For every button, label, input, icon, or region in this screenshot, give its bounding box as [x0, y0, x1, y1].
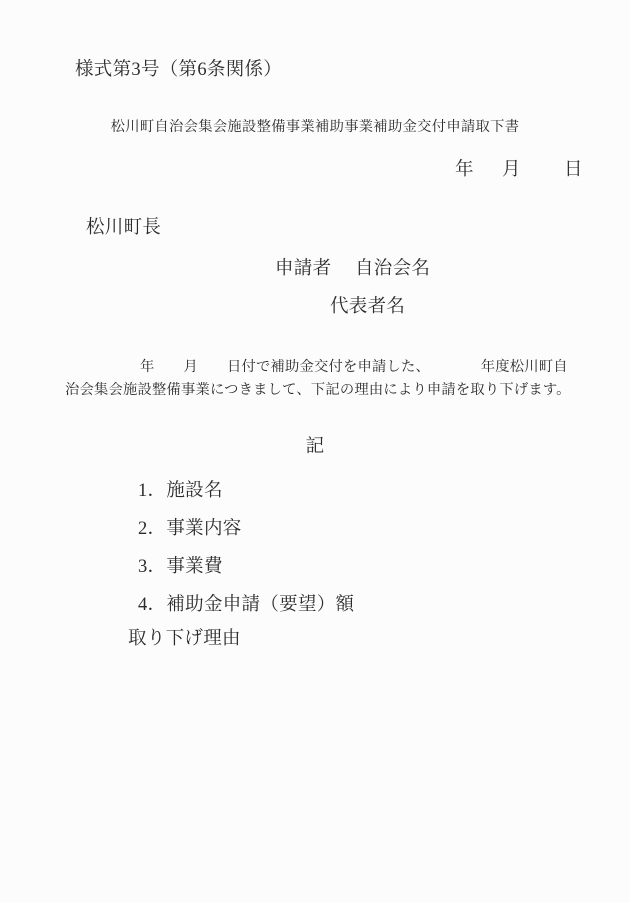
- date-month-label: 月: [502, 160, 521, 180]
- list-item-project-description: 2．事業内容: [138, 519, 242, 539]
- list-item-facility-name: 1．施設名: [138, 481, 223, 501]
- body-paragraph: 年 月 日付で補助金交付を申請した、 年度松川町自 治会集会施設整備事業につきま…: [65, 356, 583, 401]
- addressee: 松川町長: [86, 218, 161, 238]
- association-name-label: 自治会名: [355, 259, 430, 279]
- date-year-label: 年: [455, 160, 474, 180]
- body-line-2: 治会集会施設整備事業につきまして、下記の理由により申請を取り下げます。: [65, 379, 583, 402]
- withdrawal-reason-label: 取り下げ理由: [128, 629, 241, 649]
- document-title: 松川町自治会集会施設整備事業補助事業補助金交付申請取下書: [0, 120, 630, 136]
- representative-name-label: 代表者名: [330, 297, 405, 317]
- document-page: 様式第3号（第6条関係） 松川町自治会集会施設整備事業補助事業補助金交付申請取下…: [0, 0, 630, 903]
- date-day-label: 日: [564, 160, 583, 180]
- applicant-label: 申請者: [275, 259, 331, 279]
- section-marker: 記: [0, 437, 630, 457]
- list-item-project-cost: 3．事業費: [138, 557, 223, 577]
- list-item-subsidy-amount: 4．補助金申請（要望）額: [138, 595, 354, 615]
- form-number: 様式第3号（第6条関係）: [75, 60, 282, 80]
- body-line-1: 年 月 日付で補助金交付を申請した、 年度松川町自: [65, 356, 583, 379]
